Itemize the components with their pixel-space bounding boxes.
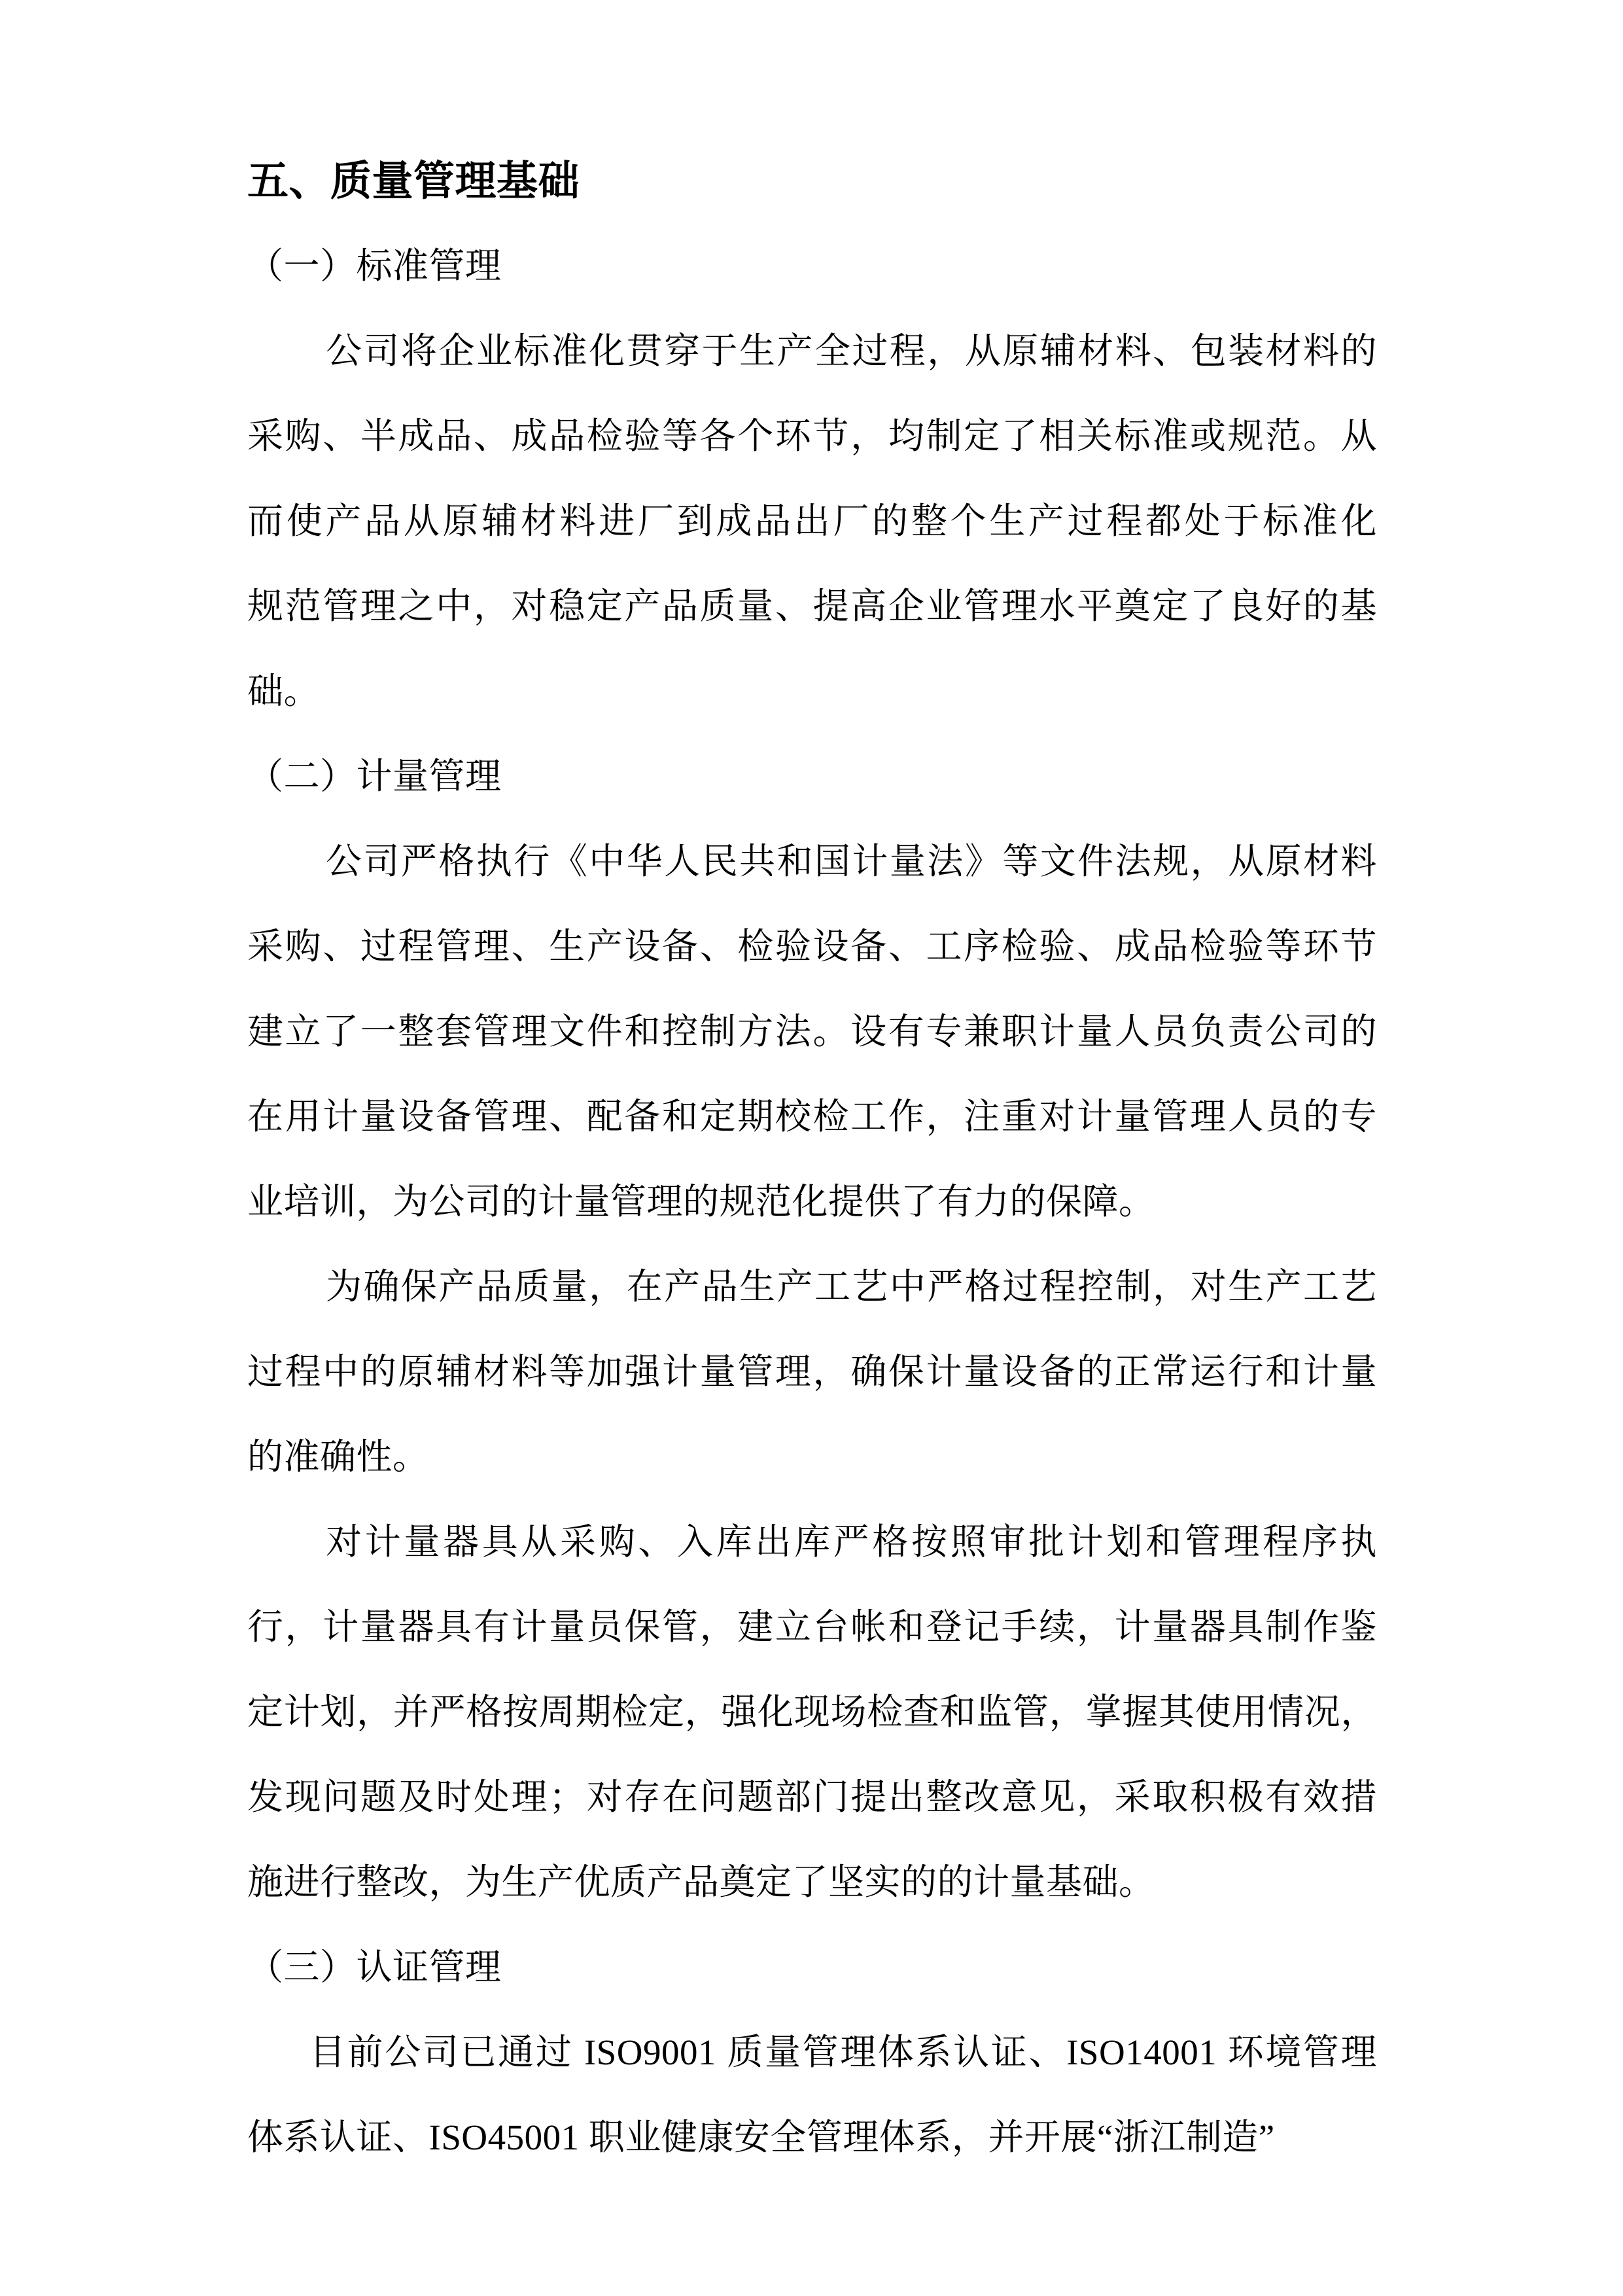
- paragraph-line: 采购、半成品、成品检验等各个环节，均制定了相关标准或规范。从: [247, 394, 1377, 479]
- paragraph-line: 行，计量器具有计量员保管，建立台帐和登记手续，计量器具制作鉴: [247, 1585, 1377, 1670]
- paragraph-line: 过程中的原辅材料等加强计量管理，确保计量设备的正常运行和计量: [247, 1330, 1377, 1415]
- paragraph-line: 在用计量设备管理、配备和定期校检工作，注重对计量管理人员的专: [247, 1074, 1377, 1159]
- paragraph-line: 定计划，并严格按周期检定，强化现场检查和监管，掌握其使用情况，: [247, 1670, 1377, 1755]
- paragraph-line: 的准确性。: [247, 1415, 1377, 1500]
- paragraph-line: 发现问题及时处理；对存在问题部门提出整改意见，采取积极有效措: [247, 1755, 1377, 1840]
- section-heading: （二）计量管理: [247, 734, 1377, 819]
- document-title: 五、质量管理基础: [247, 139, 1377, 224]
- paragraph-line: 体系认证、ISO45001 职业健康安全管理体系，并开展“浙江制造”: [247, 2095, 1377, 2180]
- paragraph-line: 对计量器具从采购、入库出库严格按照审批计划和管理程序执: [247, 1500, 1377, 1585]
- paragraph-line: 目前公司已通过 ISO9001 质量管理体系认证、ISO14001 环境管理: [247, 2010, 1377, 2095]
- paragraph-line: 而使产品从原辅材料进厂到成品出厂的整个生产过程都处于标准化: [247, 479, 1377, 564]
- paragraph-line: 规范管理之中，对稳定产品质量、提高企业管理水平奠定了良好的基: [247, 564, 1377, 649]
- paragraph-line: 施进行整改，为生产优质产品奠定了坚实的的计量基础。: [247, 1840, 1377, 1925]
- document-body: 五、质量管理基础（一）标准管理公司将企业标准化贯穿于生产全过程，从原辅材料、包装…: [0, 0, 1623, 2180]
- section-heading: （一）标准管理: [247, 224, 1377, 309]
- paragraph-line: 业培训，为公司的计量管理的规范化提供了有力的保障。: [247, 1159, 1377, 1245]
- paragraph-line: 采购、过程管理、生产设备、检验设备、工序检验、成品检验等环节: [247, 904, 1377, 989]
- document-page: 五、质量管理基础（一）标准管理公司将企业标准化贯穿于生产全过程，从原辅材料、包装…: [0, 0, 1623, 2296]
- section-heading: （三）认证管理: [247, 1925, 1377, 2010]
- paragraph-line: 为确保产品质量，在产品生产工艺中严格过程控制，对生产工艺: [247, 1245, 1377, 1330]
- paragraph-line: 公司严格执行《中华人民共和国计量法》等文件法规，从原材料: [247, 819, 1377, 904]
- paragraph-line: 础。: [247, 649, 1377, 734]
- paragraph-line: 公司将企业标准化贯穿于生产全过程，从原辅材料、包装材料的: [247, 309, 1377, 394]
- paragraph-line: 建立了一整套管理文件和控制方法。设有专兼职计量人员负责公司的: [247, 989, 1377, 1074]
